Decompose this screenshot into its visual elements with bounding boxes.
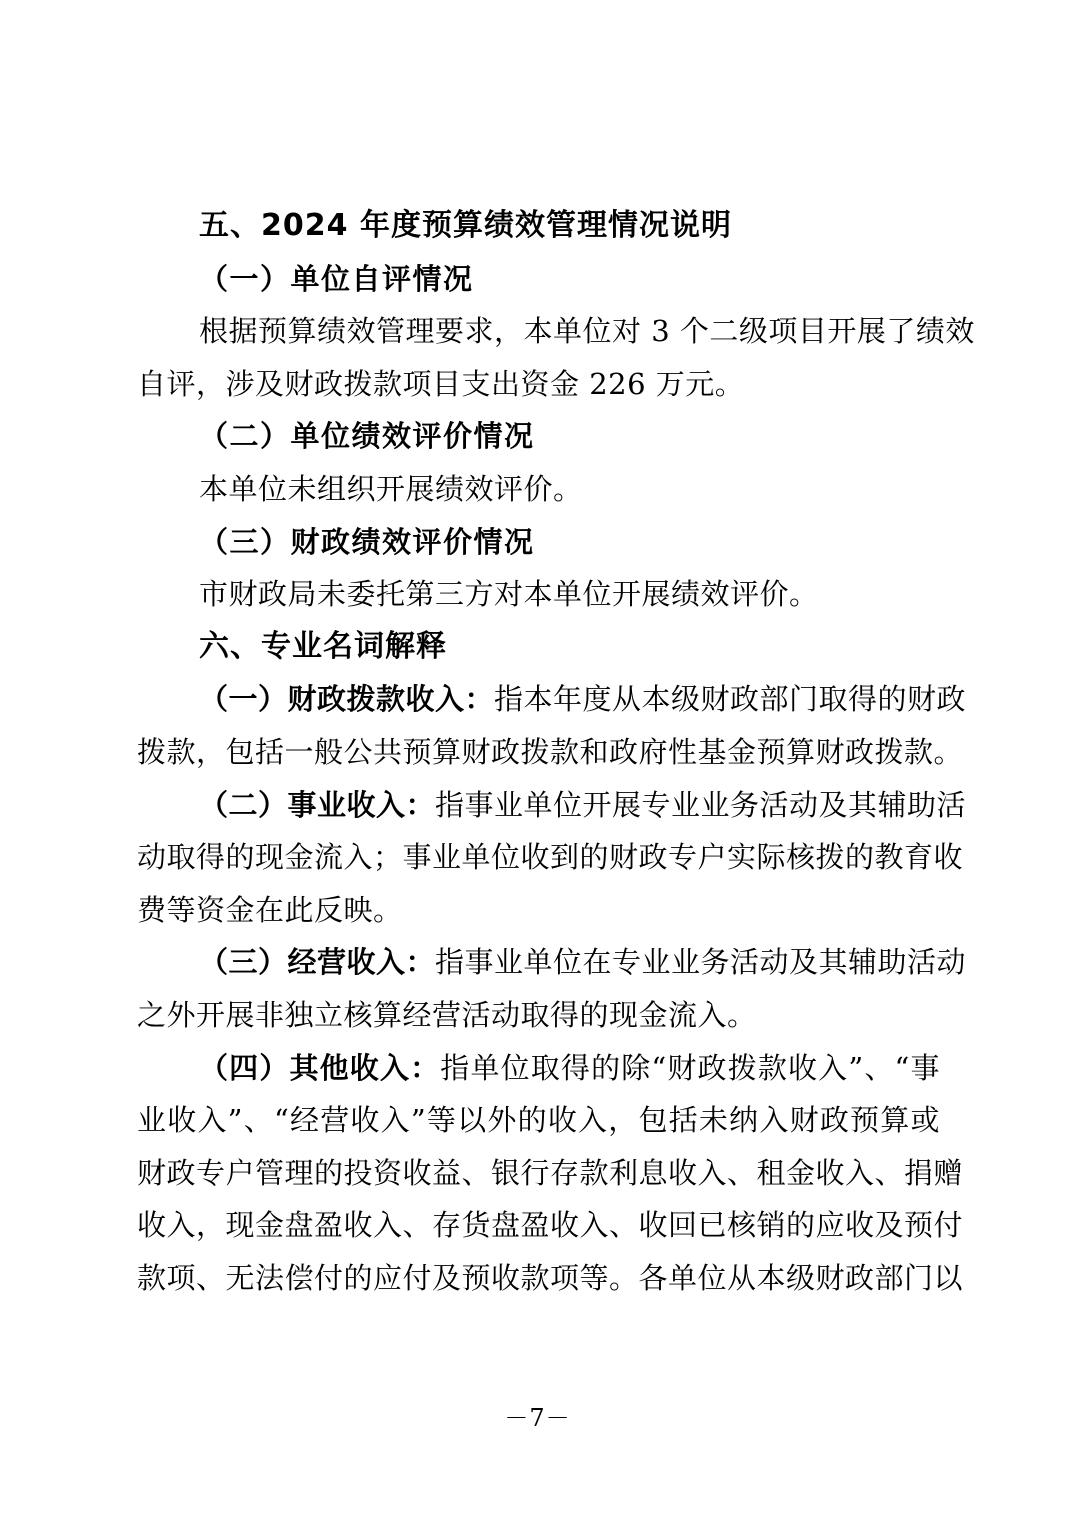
document-body: 五、2024 年度预算绩效管理情况说明（一）单位自评情况根据预算绩效管理要求，本… <box>137 200 940 1304</box>
text-line: （三）经营收入：指事业单位在专业业务活动及其辅助活动 <box>137 936 940 989</box>
text-line: 六、专业名词解释 <box>137 621 940 674</box>
page-number: －7－ <box>0 1398 1075 1433</box>
text-line: （一）财政拨款收入：指本年度从本级财政部门取得的财政 <box>137 673 940 726</box>
text-line: 款项、无法偿付的应付及预收款项等。各单位从本级财政部门以 <box>137 1252 940 1305</box>
text-line: 拨款，包括一般公共预算财政拨款和政府性基金预算财政拨款。 <box>137 726 940 779</box>
text-line: （二）事业收入：指事业单位开展专业业务活动及其辅助活 <box>137 779 940 832</box>
text-line: 根据预算绩效管理要求，本单位对 3 个二级项目开展了绩效 <box>137 305 940 358</box>
text-line: 业收入”、“经营收入”等以外的收入，包括未纳入财政预算或 <box>137 1094 940 1147</box>
text-line: （四）其他收入：指单位取得的除“财政拨款收入”、“事 <box>137 1042 940 1095</box>
text-line: 自评，涉及财政拨款项目支出资金 226 万元。 <box>137 358 940 411</box>
term-definition: 指单位取得的除“财政拨款收入”、“事 <box>440 1051 940 1085</box>
text-line: 费等资金在此反映。 <box>137 884 940 937</box>
term-definition: 指事业单位在专业业务活动及其辅助活动 <box>435 945 966 979</box>
text-line: 收入，现金盘盈收入、存货盘盈收入、收回已核销的应收及预付 <box>137 1199 940 1252</box>
text-line: 动取得的现金流入；事业单位收到的财政专户实际核拨的教育收 <box>137 831 940 884</box>
text-line: （二）单位绩效评价情况 <box>137 410 940 463</box>
term-label: （四）其他收入： <box>199 1051 440 1085</box>
text-line: 五、2024 年度预算绩效管理情况说明 <box>137 200 940 253</box>
text-line: 市财政局未委托第三方对本单位开展绩效评价。 <box>137 568 940 621</box>
term-definition: 指事业单位开展专业业务活动及其辅助活 <box>435 788 966 822</box>
text-line: 财政专户管理的投资收益、银行存款利息收入、租金收入、捐赠 <box>137 1147 940 1200</box>
text-line: （一）单位自评情况 <box>137 253 940 306</box>
text-line: 本单位未组织开展绩效评价。 <box>137 463 940 516</box>
document-page: 五、2024 年度预算绩效管理情况说明（一）单位自评情况根据预算绩效管理要求，本… <box>0 0 1075 1520</box>
term-definition: 指本年度从本级财政部门取得的财政 <box>494 682 966 716</box>
text-line: （三）财政绩效评价情况 <box>137 516 940 569</box>
term-label: （一）财政拨款收入： <box>199 682 494 716</box>
term-label: （二）事业收入： <box>199 788 435 822</box>
text-line: 之外开展非独立核算经营活动取得的现金流入。 <box>137 989 940 1042</box>
term-label: （三）经营收入： <box>199 945 435 979</box>
